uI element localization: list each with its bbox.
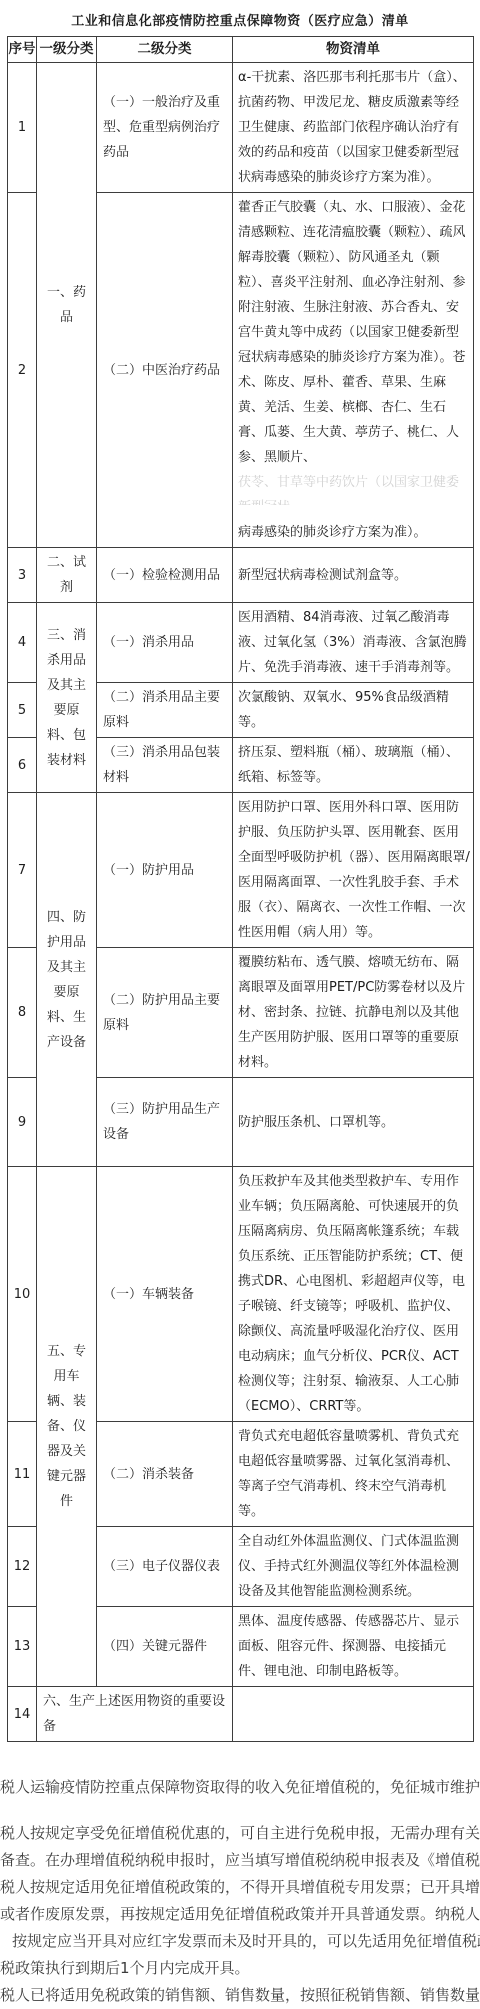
materials-cell: 挤压泵、塑料瓶（桶）、玻璃瓶（桶）、纸箱、标签等。: [233, 738, 474, 793]
materials-cell: 次氯酸钠、双氧水、95%食品级酒精等。: [233, 683, 474, 738]
level2-cell: （三）消杀用品包装材料: [97, 738, 233, 793]
level2-cell: （三）电子仪器仪表: [97, 1527, 233, 1607]
paragraph-line: 备查。在办理增值税纳税申报时，应当填写增值税纳税申报表及《增值税减免税申报明细表…: [0, 1847, 480, 1874]
materials-cell: 黑体、温度传感器、传感器芯片、显示面板、阻容元件、探测器、电接插元件、锂电池、印…: [233, 1607, 474, 1687]
materials-cell: 医用防护口罩、医用外科口罩、医用防护服、负压防护头罩、医用靴套、医用全面型呼吸防…: [233, 793, 474, 948]
materials-faded-line: 茯苓、甘草等中药饮片（以国家卫健委新型冠状: [238, 470, 471, 520]
level1-cell: 五、专用车辆、装备、仪器及关键元器件: [37, 1167, 97, 1687]
table-row: 14 六、生产上述医用物资的重要设备: [8, 1687, 474, 1742]
materials-cell: 医用酒精、84消毒液、过氧乙酸消毒液、过氧化氢（3%）消毒液、含氯泡腾片、免洗手…: [233, 603, 474, 683]
materials-cell: 藿香正气胶囊（丸、水、口服液）、金花清感颗粒、连花清瘟胶囊（颗粒）、疏风解毒胶囊…: [233, 193, 474, 548]
seq-cell: 6: [8, 738, 37, 793]
table-header-row: 序号 一级分类 二级分类 物资清单: [8, 37, 474, 63]
level1-merged-cell: 六、生产上述医用物资的重要设备: [37, 1687, 233, 1742]
table-row: 7 四、防护用品及其主要原料、生产设备 （一）防护用品 医用防护口罩、医用外科口…: [8, 793, 474, 948]
header-seq: 序号: [8, 37, 37, 63]
level2-cell: （二）消杀装备: [97, 1422, 233, 1527]
paragraph-line: 或者作废原发票，再按规定适用免征增值税政策并开具普通发票。纳税人在疫情防控期间已…: [0, 1901, 480, 1928]
level2-cell: （四）关键元器件: [97, 1607, 233, 1687]
paragraph-line: 税人按规定享受免征增值税优惠的，可自主进行免税申报，无需办理有关免税备案手续，但…: [0, 1820, 480, 1847]
materials-tail: 病毒感染的肺炎诊疗方案为准）。: [238, 520, 471, 545]
materials-cell: [233, 1687, 474, 1742]
level2-cell: （一）消杀用品: [97, 603, 233, 683]
paragraph-line: 税人运输疫情防控重点保障物资取得的收入免征增值税的，免征城市维护建设税、教育费附…: [0, 1774, 480, 1801]
materials-text: 藿香正气胶囊（丸、水、口服液）、金花清感颗粒、连花清瘟胶囊（颗粒）、疏风解毒胶囊…: [238, 200, 466, 465]
level1-cell: 三、消杀用品及其主要原料、包装材料: [37, 603, 97, 793]
header-materials: 物资清单: [233, 37, 474, 63]
table-row: 4 三、消杀用品及其主要原料、包装材料 （一）消杀用品 医用酒精、84消毒液、过…: [8, 603, 474, 683]
seq-cell: 3: [8, 548, 37, 603]
level1-cell: 一、药品: [37, 63, 97, 548]
seq-cell: 11: [8, 1422, 37, 1527]
materials-cell: 负压救护车及其他类型救护车、专用作业车辆；负压隔离舱、可快速展开的负压隔离病房、…: [233, 1167, 474, 1422]
paragraph-line: 税人按规定适用免征增值税政策的，不得开具增值税专用发票；已开具增值税专用发票的，…: [0, 1874, 480, 1901]
paragraph-line: 按规定应当开具对应红字发票而未及时开具的，可以先适用免征增值税政策，对应红字发票…: [0, 1928, 480, 1955]
table-row: 10 五、专用车辆、装备、仪器及关键元器件 （一）车辆装备 负压救护车及其他类型…: [8, 1167, 474, 1422]
seq-cell: 5: [8, 683, 37, 738]
materials-table: 序号 一级分类 二级分类 物资清单 1 一、药品 （一）一般治疗及重型、危重型病…: [7, 36, 474, 1742]
level2-cell: （三）防护用品生产设备: [97, 1078, 233, 1167]
level2-cell: （二）消杀用品主要原料: [97, 683, 233, 738]
header-level1: 一级分类: [37, 37, 97, 63]
footnote-paragraphs: 税人运输疫情防控重点保障物资取得的收入免征增值税的，免征城市维护建设税、教育费附…: [0, 1774, 480, 2009]
materials-cell: α-干扰素、洛匹那韦利托那韦片（盒）、抗菌药物、甲泼尼龙、糖皮质激素等经卫生健康…: [233, 63, 474, 193]
seq-cell: 8: [8, 948, 37, 1078]
seq-cell: 2: [8, 193, 37, 548]
level2-cell: （二）防护用品主要原料: [97, 948, 233, 1078]
seq-cell: 12: [8, 1527, 37, 1607]
seq-cell: 14: [8, 1687, 37, 1742]
seq-cell: 7: [8, 793, 37, 948]
paragraph-line: 税人已将适用免税政策的销售额、销售数量，按照征税销售额、销售数量进行增值税申报的…: [0, 1982, 480, 2009]
materials-cell: 新型冠状病毒检测试剂盒等。: [233, 548, 474, 603]
materials-cell: 全自动红外体温监测仪、门式体温监测仪、手持式红外测温仪等红外体温检测设备及其他智…: [233, 1527, 474, 1607]
seq-cell: 1: [8, 63, 37, 193]
level1-cell: 二、试剂: [37, 548, 97, 603]
level2-cell: （一）防护用品: [97, 793, 233, 948]
level2-cell: （一）一般治疗及重型、危重型病例治疗药品: [97, 63, 233, 193]
paragraph-line: 税政策执行到期后1个月内完成开具。: [0, 1955, 480, 1982]
seq-cell: 4: [8, 603, 37, 683]
table-row: 1 一、药品 （一）一般治疗及重型、危重型病例治疗药品 α-干扰素、洛匹那韦利托…: [8, 63, 474, 193]
header-level2: 二级分类: [97, 37, 233, 63]
materials-cell: 背负式充电超低容量喷雾机、背负式充电超低容量喷雾器、过氧化氢消毒机、等离子空气消…: [233, 1422, 474, 1527]
level1-cell: 四、防护用品及其主要原料、生产设备: [37, 793, 97, 1167]
level2-cell: （二）中医治疗药品: [97, 193, 233, 548]
materials-cell: 防护服压条机、口罩机等。: [233, 1078, 474, 1167]
seq-cell: 10: [8, 1167, 37, 1422]
table-row: 3 二、试剂 （一）检验检测用品 新型冠状病毒检测试剂盒等。: [8, 548, 474, 603]
materials-cell: 覆膜纺粘布、透气膜、熔喷无纺布、隔离眼罩及面罩用PET/PC防雾卷材以及片材、密…: [233, 948, 474, 1078]
seq-cell: 9: [8, 1078, 37, 1167]
level2-cell: （一）车辆装备: [97, 1167, 233, 1422]
page-title: 工业和信息化部疫情防控重点保障物资（医疗应急）清单: [0, 0, 480, 36]
level2-cell: （一）检验检测用品: [97, 548, 233, 603]
seq-cell: 13: [8, 1607, 37, 1687]
